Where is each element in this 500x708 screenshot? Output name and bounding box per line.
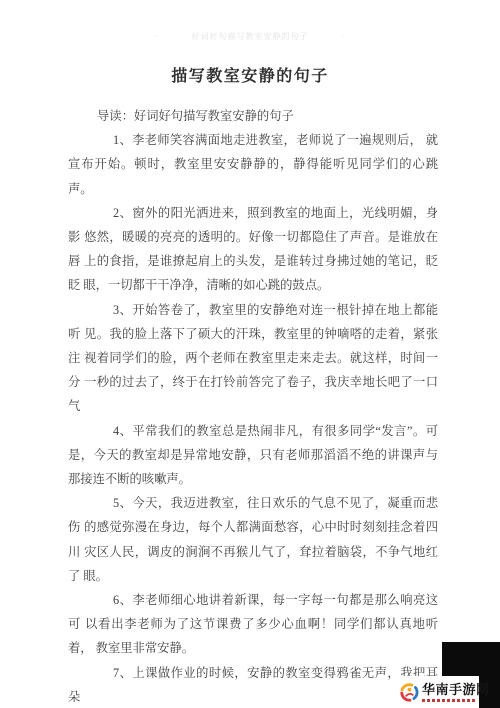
site-logo-text: 华南手游网 <box>422 683 490 696</box>
paragraph-3: 3、开始答卷了，教室里的安静绝对连一根针掉在地上都能听 见。我的脸上落下了硕大的… <box>68 298 438 419</box>
lead-paragraph: 导读：好词好句描写教室安静的句子 <box>68 104 438 128</box>
site-logo-icon <box>399 682 420 703</box>
running-header-text: 好词好句描写教室安静的句子 <box>192 31 309 42</box>
paragraph-1: 1、李老师笑容满面地走进教室，老师说了一遍规则后， 就宣布开始。顿时，教室里安安… <box>68 128 438 201</box>
site-logo-text-group: 华南手游网 <box>422 683 490 702</box>
running-header-left-mark: · <box>154 32 158 41</box>
paragraph-2: 2、窗外的阳光洒进来，照到教室的地面上，光线明媚，身影 悠然，暖暖的亮亮的透明的… <box>68 201 438 298</box>
paragraph-4: 4、平常我们的教室总是热闹非凡，有很多同学“发言”。可 是，今天的教室却是异常地… <box>68 419 438 492</box>
document-page: · 好词好句描写教室安静的句子 · 描写教室安静的句子 导读：好词好句描写教室安… <box>0 0 500 708</box>
site-logo: 华南手游网 <box>397 676 479 708</box>
site-logo-tagline <box>422 699 476 702</box>
running-header-right-mark: · <box>343 32 347 41</box>
paragraph-6: 6、李老师细心地讲着新课，每一字每一句都是那么响亮这可 以看出李老师为了这节课费… <box>68 588 438 661</box>
article-body: 导读：好词好句描写教室安静的句子 1、李老师笑容满面地走进教室，老师说了一遍规则… <box>68 104 438 708</box>
running-header: · 好词好句描写教室安静的句子 · <box>0 31 500 42</box>
page-title: 描写教室安静的句子 <box>0 63 500 86</box>
paragraph-7: 7、上课做作业的时候，安静的教室变得鸦雀无声，我把耳朵 <box>68 661 438 708</box>
paragraph-5: 5、今天，我迈进教室，往日欢乐的气息不见了，凝重而悲伤 的感觉弥漫在身边，每个人… <box>68 491 438 588</box>
